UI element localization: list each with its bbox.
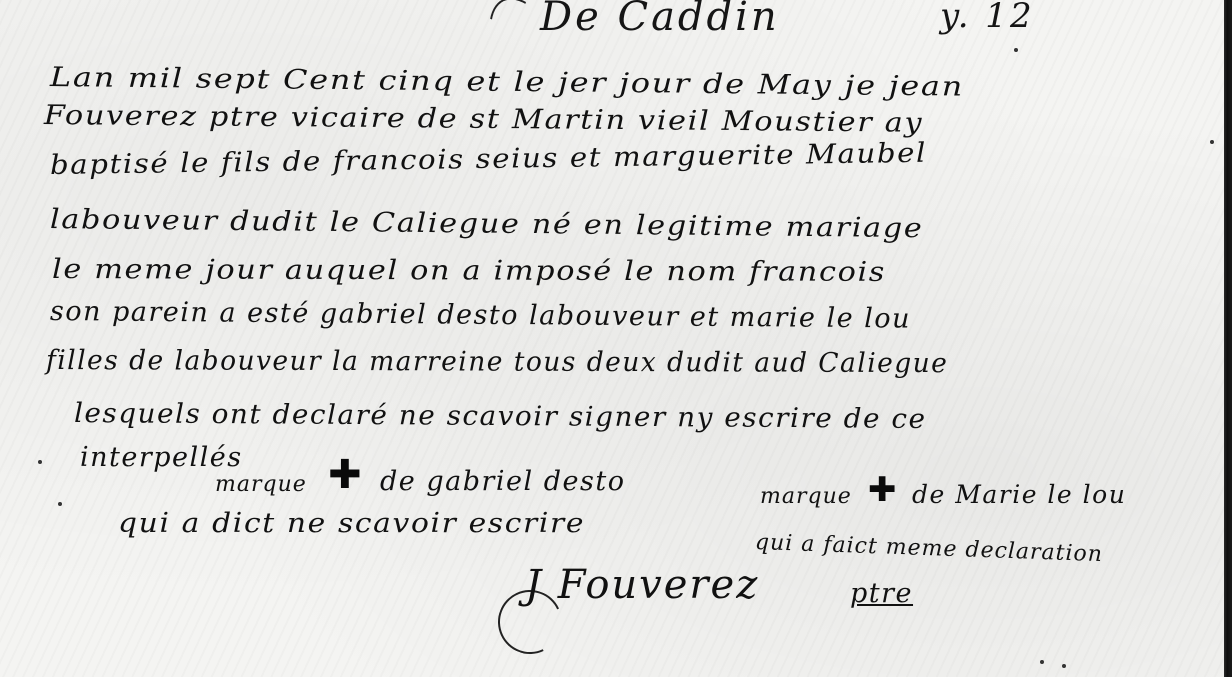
godmother-mark-label: marque [760, 484, 852, 509]
ink-speck [1062, 664, 1066, 668]
record-line-4: labouveur dudit le Caliegue né en legiti… [50, 204, 924, 244]
record-line-7: filles de labouveur la marreine tous deu… [46, 345, 948, 379]
document-heading-folio: y. 12 [940, 0, 1035, 36]
godmother-cross-mark: ✚ [868, 470, 897, 510]
document-page: De Caddin y. 12 Lan mil sept Cent cinq e… [0, 0, 1224, 677]
ink-speck [38, 460, 42, 464]
ink-speck [1014, 48, 1018, 52]
godfather-mark-name: de gabriel desto [380, 466, 625, 497]
godmother-note: qui a faict meme declaration [755, 530, 1104, 567]
godfather-note: qui a dict ne scavoir escrire [118, 508, 585, 539]
record-line-5: le meme jour auquel on a imposé le nom f… [52, 254, 886, 288]
godfather-cross-mark: ✚ [328, 452, 362, 498]
record-line-2: Fouverez ptre vicaire de st Martin vieil… [44, 100, 924, 139]
ink-speck [1040, 660, 1044, 664]
record-line-8: lesquels ont declaré ne scavoir signer n… [74, 398, 927, 435]
record-line-3: baptisé le fils de francois seius et mar… [50, 138, 927, 181]
priest-title: ptre [850, 578, 913, 609]
scan-edge-border [1224, 0, 1232, 677]
godfather-mark-label: marque [215, 472, 307, 497]
record-line-6: son parein a esté gabriel desto labouveu… [50, 296, 911, 335]
priest-signature: J Fouverez [525, 562, 759, 608]
ink-speck [1210, 140, 1214, 144]
godmother-mark-name: de Marie le lou [912, 480, 1126, 509]
ink-speck [58, 502, 62, 506]
document-heading: De Caddin [540, 0, 780, 40]
record-line-9: interpellés [80, 442, 243, 473]
record-line-1: Lan mil sept Cent cinq et le jer jour de… [50, 62, 964, 103]
